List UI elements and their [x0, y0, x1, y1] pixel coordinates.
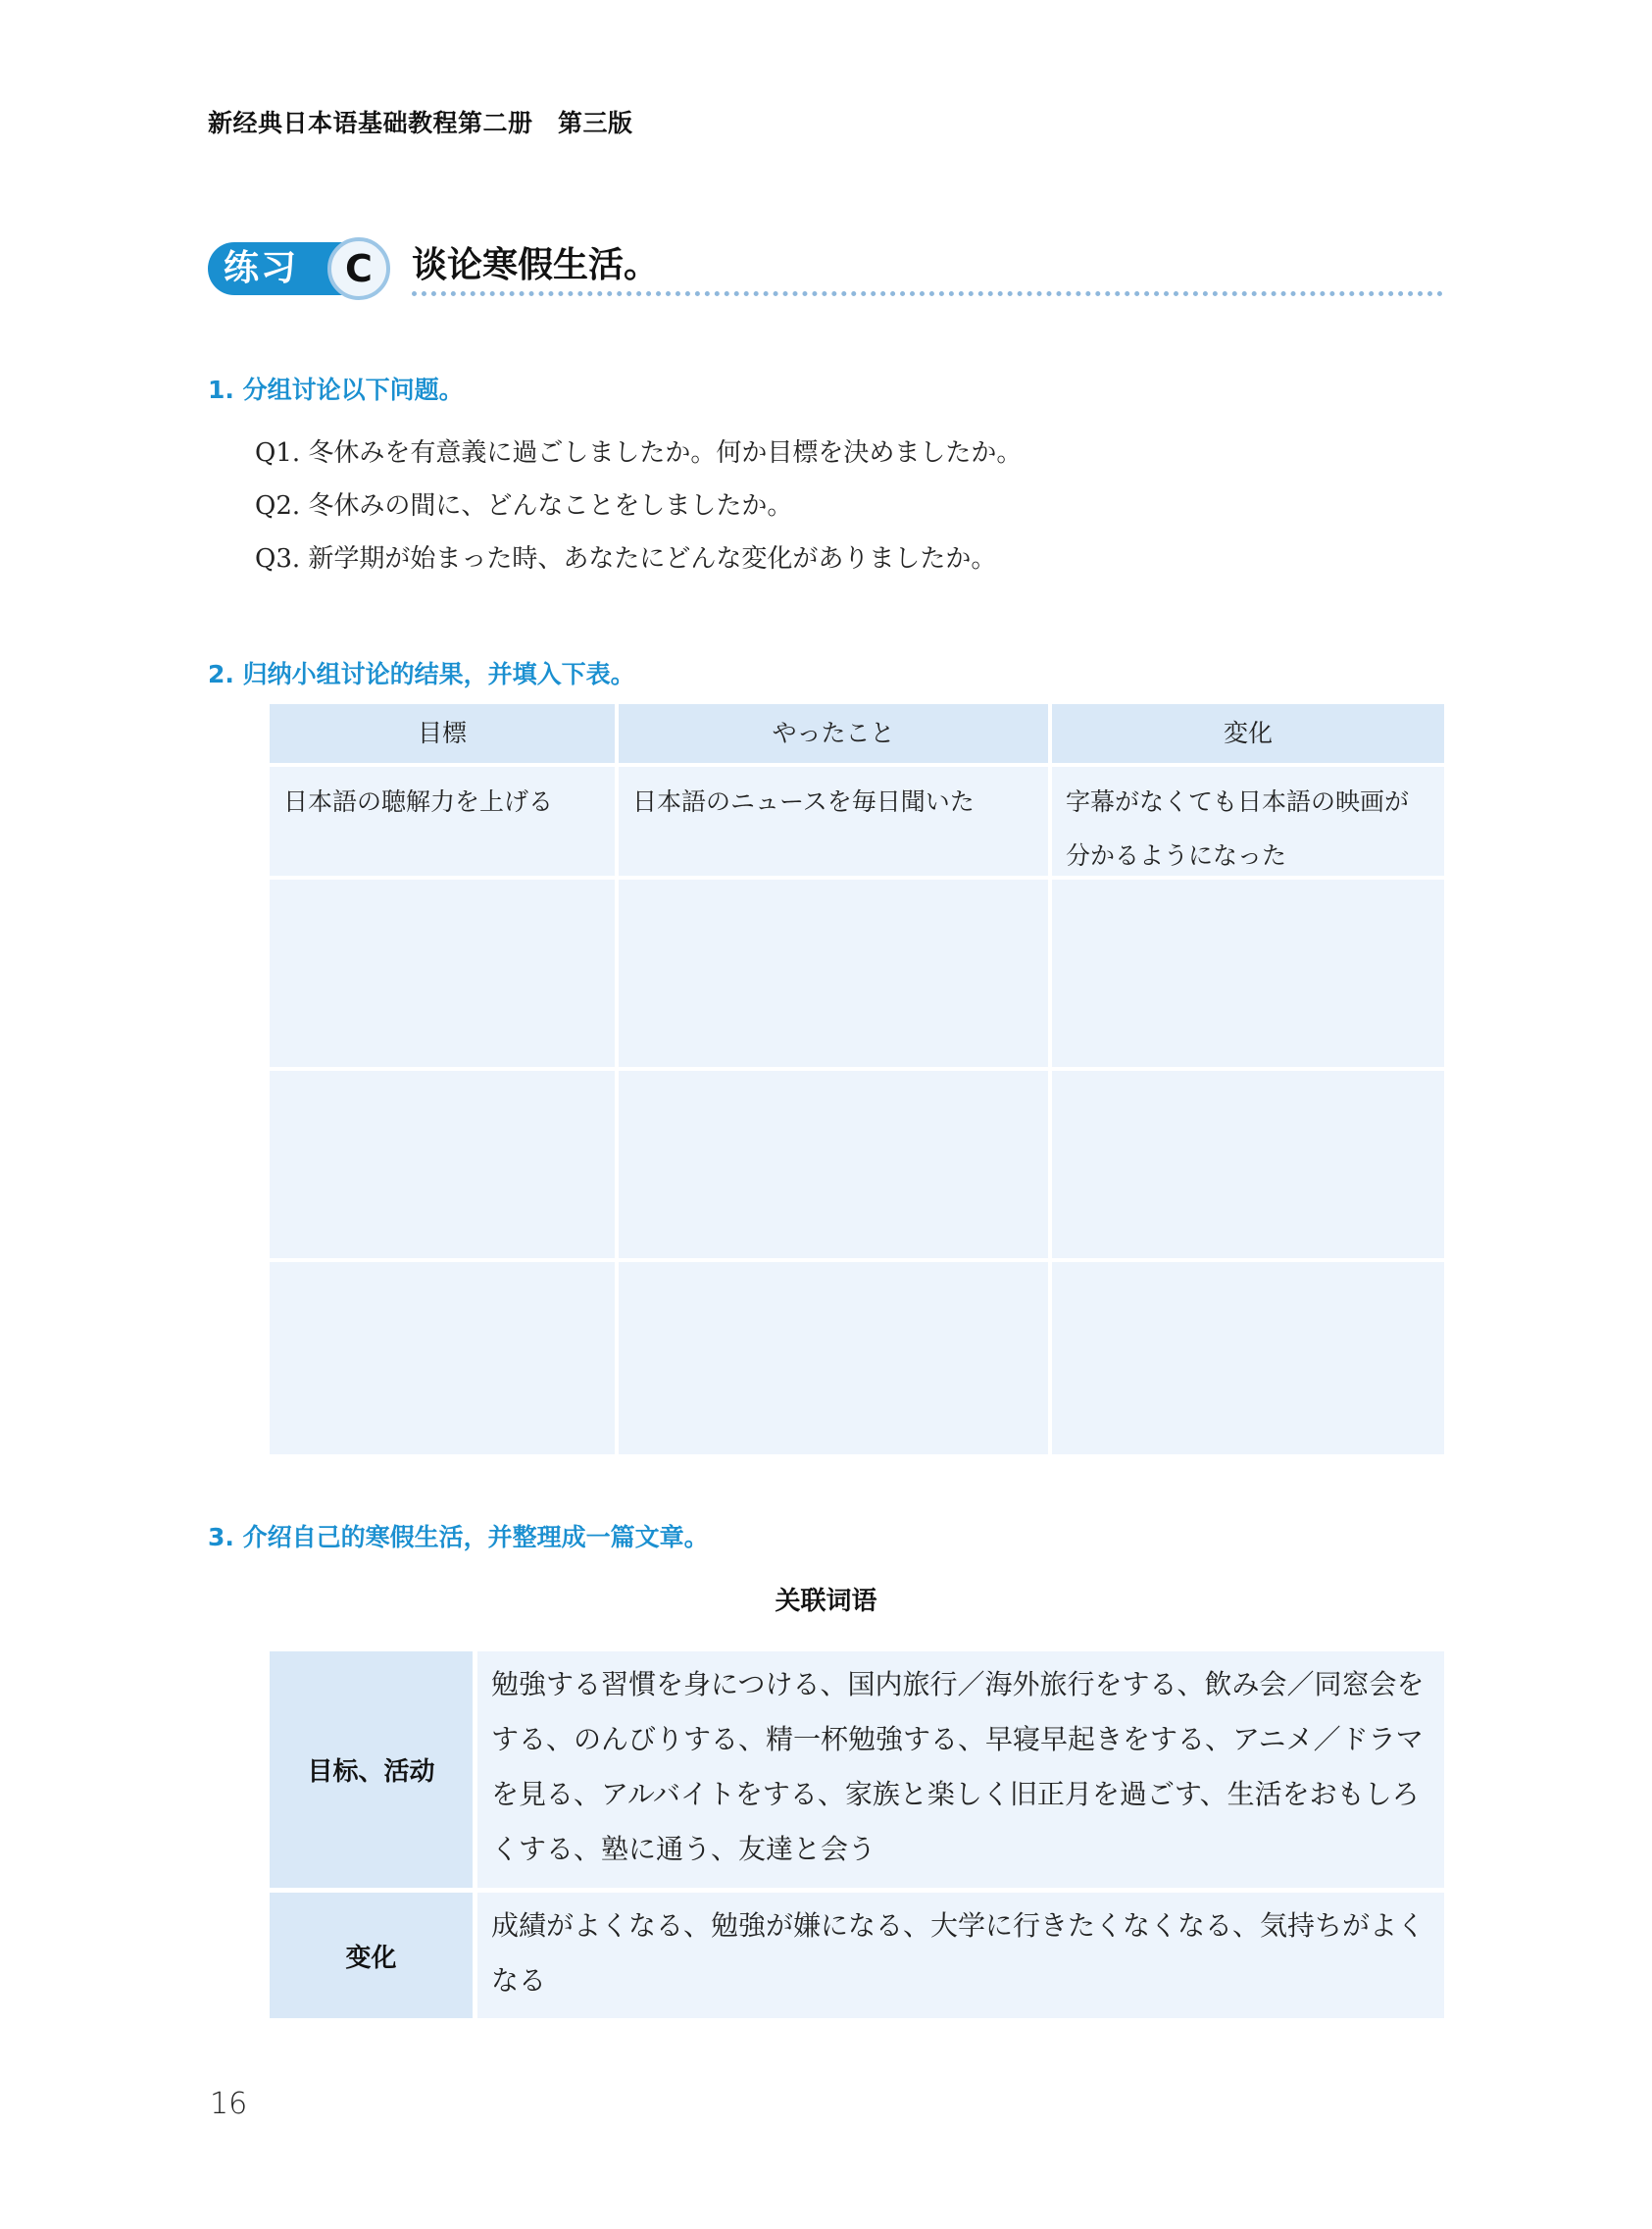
- table-cell-empty[interactable]: [270, 880, 615, 1067]
- vocab-label: 变化: [270, 1893, 473, 2018]
- table-cell-empty[interactable]: [619, 880, 1048, 1067]
- table-cell: 日本語のニュースを毎日聞いた: [619, 767, 1048, 876]
- question-3: Q3. 新学期が始まった時、あなたにどんな変化がありましたか。: [255, 538, 996, 575]
- section-badge-label: 练习: [224, 246, 298, 291]
- table-cell-empty[interactable]: [270, 1262, 615, 1454]
- dotted-divider: [412, 291, 1443, 296]
- step1-heading: 1. 分组讨论以下问题。: [208, 371, 464, 406]
- page-number: 16: [210, 2087, 247, 2121]
- vocab-row-goals: 目标、活动 勉強する習慣を身につける、国内旅行／海外旅行をする、飲み会／同窓会を…: [270, 1651, 1444, 1888]
- table-row: [270, 1262, 1444, 1454]
- vocab-caption: 关联词语: [0, 1581, 1652, 1617]
- column-header-done: やったこと: [619, 704, 1048, 763]
- vocab-text: 成績がよくなる、勉強が嫌になる、大学に行きたくなくなる、気持ちがよくなる: [477, 1893, 1444, 2018]
- table-cell: 日本語の聴解力を上げる: [270, 767, 615, 876]
- table-cell-empty[interactable]: [1052, 1262, 1444, 1454]
- vocab-text: 勉強する習慣を身につける、国内旅行／海外旅行をする、飲み会／同窓会をする、のんび…: [477, 1651, 1444, 1888]
- step2-heading: 2. 归纳小组讨论的结果，并填入下表。: [208, 655, 635, 690]
- section-title: 谈论寒假生活。: [412, 243, 659, 288]
- question-1: Q1. 冬休みを有意義に過ごしましたか。何か目標を決めましたか。: [255, 432, 1022, 469]
- summary-table: 目標 やったこと 変化 日本語の聴解力を上げる 日本語のニュースを毎日聞いた 字…: [270, 704, 1444, 1458]
- table-row: 日本語の聴解力を上げる 日本語のニュースを毎日聞いた 字幕がなくても日本語の映画…: [270, 767, 1444, 876]
- summary-table-header: 目標 やったこと 変化: [270, 704, 1444, 763]
- vocab-row-changes: 变化 成績がよくなる、勉強が嫌になる、大学に行きたくなくなる、気持ちがよくなる: [270, 1893, 1444, 2018]
- vocab-table: 目标、活动 勉強する習慣を身につける、国内旅行／海外旅行をする、飲み会／同窓会を…: [270, 1651, 1444, 2023]
- table-cell: 字幕がなくても日本語の映画が分かるようになった: [1052, 767, 1444, 876]
- table-cell-empty[interactable]: [1052, 1071, 1444, 1258]
- column-header-change: 変化: [1052, 704, 1444, 763]
- table-cell-empty[interactable]: [619, 1071, 1048, 1258]
- table-cell-empty[interactable]: [270, 1071, 615, 1258]
- table-cell-empty[interactable]: [619, 1262, 1048, 1454]
- step3-heading: 3. 介绍自己的寒假生活，并整理成一篇文章。: [208, 1518, 709, 1553]
- section-badge-letter: C: [327, 237, 390, 300]
- table-row: [270, 880, 1444, 1067]
- running-header: 新经典日本语基础教程第二册 第三版: [208, 104, 633, 139]
- table-cell-empty[interactable]: [1052, 880, 1444, 1067]
- column-header-goal: 目標: [270, 704, 615, 763]
- table-row: [270, 1071, 1444, 1258]
- vocab-label: 目标、活动: [270, 1651, 473, 1888]
- question-2: Q2. 冬休みの間に、どんなことをしましたか。: [255, 485, 792, 522]
